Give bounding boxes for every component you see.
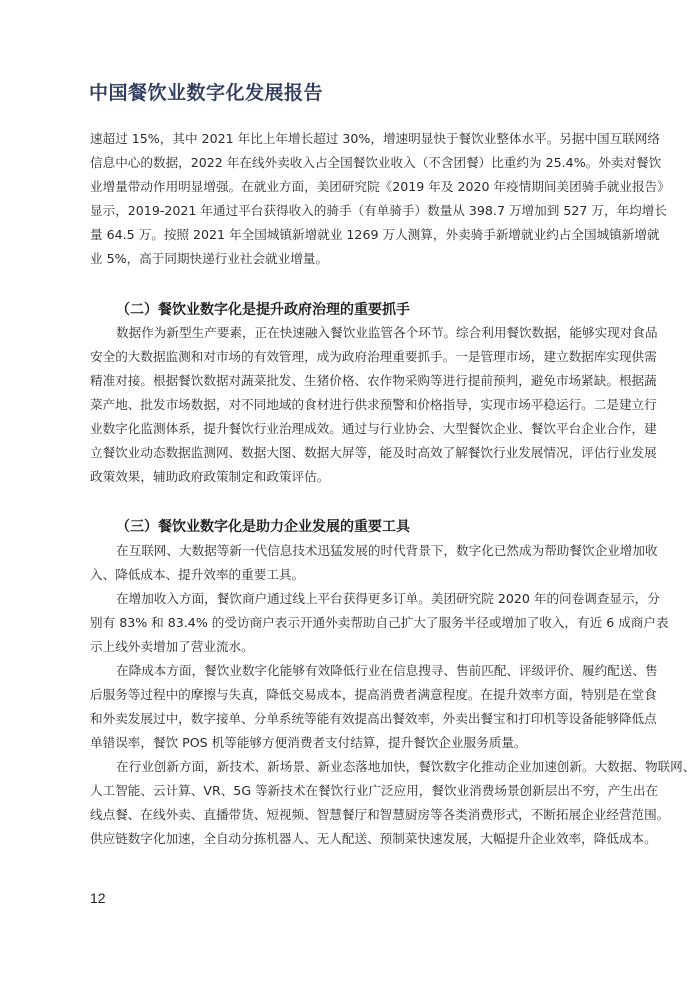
text-line: 示上线外卖增加了营业流水。 [90,639,610,655]
text-line: 菜产地、批发市场数据，对不同地域的食材进行供求预警和价格指导，实现市场平稳运行。… [90,397,610,413]
text-line: 在增加收入方面，餐饮商户通过线上平台获得更多订单。美团研究院 2020 年的问卷… [116,591,610,607]
text-line: 单错误率，餐饮 POS 机等能够方便消费者支付结算，提升餐饮企业服务质量。 [90,735,610,751]
text-line: 线点餐、在线外卖、直播带货、短视频、智慧餐厅和智慧厨房等各类消费形式，不断拓展企… [90,807,610,823]
text-line: 人工智能、云计算、VR、5G 等新技术在餐饮行业广泛应用，餐饮业消费场景创新层出… [90,783,610,799]
text-line: 在行业创新方面，新技术、新场景、新业态落地加快，餐饮数字化推动企业加速创新。大数… [116,759,610,775]
text-line: 在降成本方面，餐饮业数字化能够有效降低行业在信息搜寻、售前匹配、评级评价、履约配… [116,663,610,679]
text-line: 业增量带动作用明显增强。在就业方面，美团研究院《2019 年及 2020 年疫情… [90,179,610,195]
text-line: 政策效果，辅助政府政策制定和政策评估。 [90,469,610,485]
text-line: 精准对接。根据餐饮数据对蔬菜批发、生猪价格、农作物采购等进行提前预判，避免市场紧… [90,373,610,389]
text-line: 在互联网、大数据等新一代信息技术迅猛发展的时代背景下，数字化已然成为帮助餐饮企业… [116,543,610,559]
text-line: 和外卖发展过中，数字接单、分单系统等能有效提高出餐效率，外卖出餐宝和打印机等设备… [90,711,610,727]
text-line: 业 5%，高于同期快递行业社会就业增量。 [90,251,610,267]
text-line: 速超过 15%，其中 2021 年比上年增长超过 30%，增速明显快于餐饮业整体… [90,131,610,147]
text-line: 业数字化监测体系，提升餐饮行业治理成效。通过与行业协会、大型餐饮企业、餐饮平台企… [90,421,610,437]
text-line: 信息中心的数据，2022 年在线外卖收入占全国餐饮业收入（不含团餐）比重约为 2… [90,155,610,171]
text-line: 量 64.5 万。按照 2021 年全国城镇新增就业 1269 万人测算，外卖骑… [90,227,610,243]
text-line: 入、降低成本、提升效率的重要工具。 [90,567,610,583]
text-line: 数据作为新型生产要素，正在快速融入餐饮业监管各个环节。综合利用餐饮数据，能够实现… [116,325,610,341]
page-number: 12 [90,890,106,906]
text-line: 别有 83% 和 83.4% 的受访商户表示开通外卖帮助自己扩大了服务半径或增加… [90,615,610,631]
section-heading: （二）餐饮业数字化是提升政府治理的重要抓手 [116,301,410,319]
section-heading: （三）餐饮业数字化是助力企业发展的重要工具 [116,518,410,536]
text-line: 显示，2019-2021 年通过平台获得收入的骑手（有单骑手）数量从 398.7… [90,203,610,219]
text-line: 供应链数字化加速，全自动分拣机器人、无人配送、预制菜快速发展，大幅提升企业效率，… [90,831,610,847]
text-line: 后服务等过程中的摩擦与失真，降低交易成本，提高消费者满意程度。在提升效率方面，特… [90,687,610,703]
text-line: 立餐饮业动态数据监测网、数据大图、数据大屏等，能及时高效了解餐饮行业发展情况，评… [90,445,610,461]
text-line: 安全的大数据监测和对市场的有效管理，成为政府治理重要抓手。一是管理市场，建立数据… [90,349,610,365]
page-title: 中国餐饮业数字化发展报告 [89,78,323,105]
